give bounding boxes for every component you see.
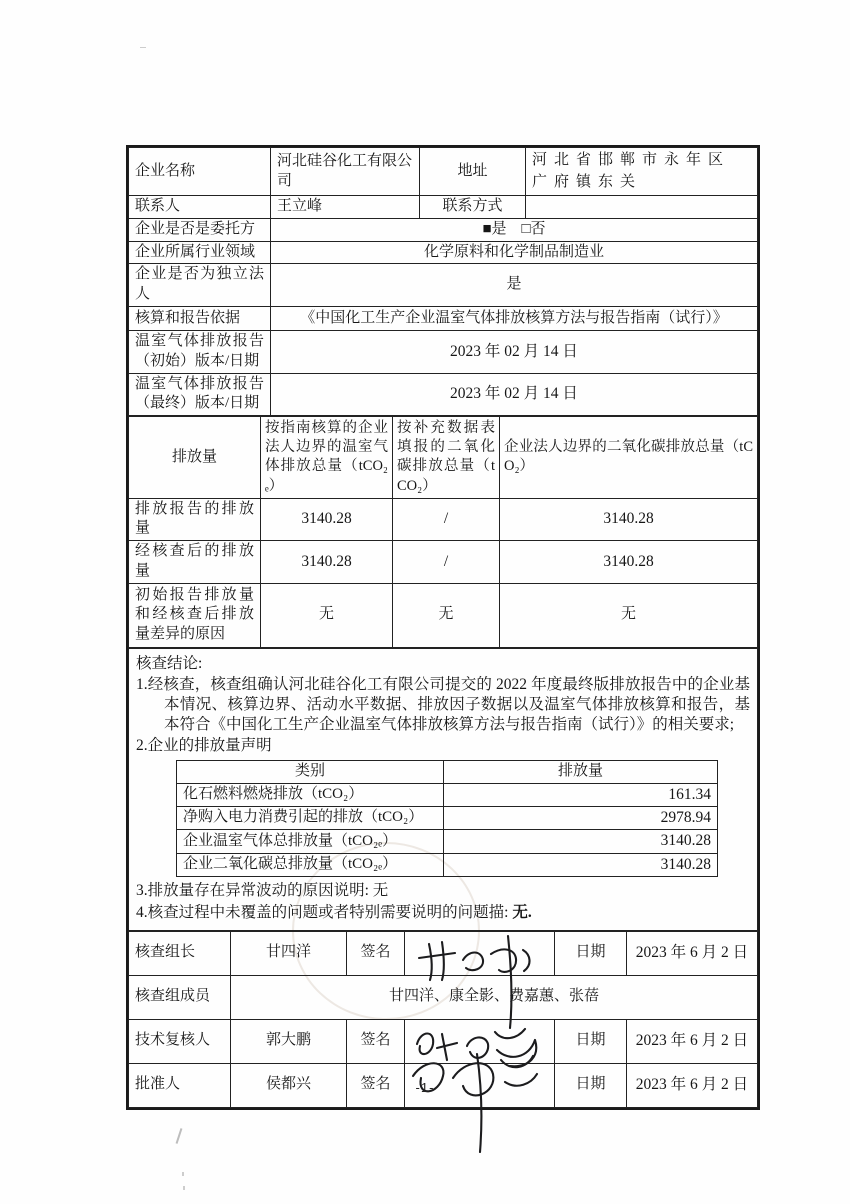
address-value: 河北省邯郸市永年区广府镇东关: [526, 148, 758, 196]
table-row: 温室气体排放报告（最终）版本/日期 2023 年 02 月 14 日: [129, 373, 758, 416]
table-row: 温室气体排放报告（初始）版本/日期 2023 年 02 月 14 日: [129, 330, 758, 373]
difference-reason-v2: 无: [393, 583, 500, 647]
page-number: -1-: [0, 1080, 850, 1095]
team-leader-signature: [405, 931, 555, 975]
initial-report-date: 2023 年 02 月 14 日: [271, 330, 758, 373]
is-client-label: 企业是否是委托方: [129, 218, 271, 241]
team-leader-label: 核查组长: [129, 931, 231, 975]
statement-amount: 161.34: [444, 783, 718, 806]
reported-emission-v3: 3140.28: [500, 498, 758, 541]
table-row: 核查组长 甘四洋 签名 日期 2023 年 6 月 2 日: [129, 931, 758, 975]
table-row: 排放报告的排放量 3140.28 / 3140.28: [129, 498, 758, 541]
sign-label: 签名: [347, 1019, 405, 1063]
team-members-label: 核查组成员: [129, 975, 231, 1019]
scan-speck: [183, 1186, 185, 1190]
handwritten-signature-approver: [405, 1048, 555, 1158]
emission-col3-header: 企业法人边界的二氧化碳排放总量（tCO₂）: [500, 417, 758, 499]
verified-emission-v2: /: [393, 541, 500, 584]
technical-reviewer-date: 2023 年 6 月 2 日: [627, 1019, 758, 1063]
technical-reviewer-label: 技术复核人: [129, 1019, 231, 1063]
table-row: 初始报告排放量和经核查后排放量差异的原因 无 无 无: [129, 583, 758, 647]
conclusion-item4: 4.核查过程中未覆盖的问题或者特别需要说明的问题描: 无.: [136, 903, 750, 923]
emission-col1-header: 按指南核算的企业法人边界的温室气体排放总量（tCO₂ₑ）: [261, 417, 393, 499]
conclusion-item2: 2.企业的排放量声明: [136, 736, 750, 756]
table-row: 企业温室气体总排放量（tCO₂ₑ） 3140.28: [177, 830, 718, 853]
team-leader-name: 甘四洋: [231, 931, 347, 975]
final-report-label: 温室气体排放报告（最终）版本/日期: [129, 373, 271, 416]
conclusion-item4-text: 4.核查过程中未覆盖的问题或者特别需要说明的问题描:: [136, 904, 512, 921]
address-label: 地址: [420, 148, 526, 196]
difference-reason-v3: 无: [500, 583, 758, 647]
statement-amount-header: 排放量: [444, 760, 718, 783]
industry-value: 化学原料和化学制品制造业: [271, 241, 758, 264]
company-name-value: 河北硅谷化工有限公司: [271, 148, 420, 196]
table-row: 联系人 王立峰 联系方式: [129, 196, 758, 219]
independent-entity-label: 企业是否为独立法人: [129, 264, 271, 307]
statement-category-header: 类别: [177, 760, 444, 783]
table-row: 企业是否为独立法人 是: [129, 264, 758, 307]
date-label: 日期: [555, 931, 627, 975]
scan-speck: [182, 1172, 184, 1176]
difference-reason-v1: 无: [261, 583, 393, 647]
statement-category: 净购入电力消费引起的排放（tCO₂）: [177, 807, 444, 830]
statement-amount: 3140.28: [444, 853, 718, 876]
emission-summary-table: 排放量 按指南核算的企业法人边界的温室气体排放总量（tCO₂ₑ） 按补充数据表填…: [128, 416, 758, 648]
contact-method-value: [526, 196, 758, 219]
contact-person-label: 联系人: [129, 196, 271, 219]
verified-emission-label: 经核查后的排放量: [129, 541, 261, 584]
scan-speck: [176, 1128, 183, 1144]
reporting-basis-label: 核算和报告依据: [129, 306, 271, 330]
independent-entity-value: 是: [271, 264, 758, 307]
company-name-label: 企业名称: [129, 148, 271, 196]
verification-conclusion-section: 核查结论: 1.经核查，核查组确认河北硅谷化工有限公司提交的 2022 年度最终…: [128, 648, 758, 931]
initial-report-label: 温室气体排放报告（初始）版本/日期: [129, 330, 271, 373]
statement-amount: 2978.94: [444, 807, 718, 830]
final-report-date: 2023 年 02 月 14 日: [271, 373, 758, 416]
reported-emission-v2: /: [393, 498, 500, 541]
emission-corner-label: 排放量: [129, 417, 261, 499]
statement-category: 化石燃料燃烧排放（tCO₂）: [177, 783, 444, 806]
table-row: 类别 排放量: [177, 760, 718, 783]
emission-col2-header: 按补充数据表填报的二氧化碳排放总量（tCO₂）: [393, 417, 500, 499]
table-row: 排放量 按指南核算的企业法人边界的温室气体排放总量（tCO₂ₑ） 按补充数据表填…: [129, 417, 758, 499]
table-row: 企业名称 河北硅谷化工有限公司 地址 河北省邯郸市永年区广府镇东关: [129, 148, 758, 196]
table-row: 企业所属行业领域 化学原料和化学制品制造业: [129, 241, 758, 264]
difference-reason-label: 初始报告排放量和经核查后排放量差异的原因: [129, 583, 261, 647]
date-label: 日期: [555, 1019, 627, 1063]
statement-category: 企业温室气体总排放量（tCO₂ₑ）: [177, 830, 444, 853]
statement-amount: 3140.28: [444, 830, 718, 853]
table-row: 化石燃料燃烧排放（tCO₂） 161.34: [177, 783, 718, 806]
sign-label: 签名: [347, 931, 405, 975]
contact-person-value: 王立峰: [271, 196, 420, 219]
contact-method-label: 联系方式: [420, 196, 526, 219]
basic-info-table: 企业名称 河北硅谷化工有限公司 地址 河北省邯郸市永年区广府镇东关 联系人 王立…: [128, 147, 758, 416]
conclusion-item1: 1.经核查，核查组确认河北硅谷化工有限公司提交的 2022 年度最终版排放报告中…: [136, 675, 750, 735]
reported-emission-v1: 3140.28: [261, 498, 393, 541]
conclusion-item4-answer: 无.: [512, 904, 531, 921]
is-client-value: ■是 □否: [271, 218, 758, 241]
scan-speck: [140, 47, 146, 48]
table-row: 经核查后的排放量 3140.28 / 3140.28: [129, 541, 758, 584]
reported-emission-label: 排放报告的排放量: [129, 498, 261, 541]
conclusion-item3: 3.排放量存在异常波动的原因说明: 无: [136, 881, 750, 901]
table-row: 企业二氧化碳总排放量（tCO₂ₑ） 3140.28: [177, 853, 718, 876]
verification-report-table: 企业名称 河北硅谷化工有限公司 地址 河北省邯郸市永年区广府镇东关 联系人 王立…: [126, 145, 760, 1110]
table-row: 核算和报告依据 《中国化工生产企业温室气体排放核算方法与报告指南（试行）》: [129, 306, 758, 330]
verified-emission-v1: 3140.28: [261, 541, 393, 584]
emission-statement-table: 类别 排放量 化石燃料燃烧排放（tCO₂） 161.34 净购入电力消费引起的排…: [176, 760, 718, 878]
conclusion-title: 核查结论:: [136, 654, 750, 674]
statement-category: 企业二氧化碳总排放量（tCO₂ₑ）: [177, 853, 444, 876]
table-row: 企业是否是委托方 ■是 □否: [129, 218, 758, 241]
technical-reviewer-name: 郭大鹏: [231, 1019, 347, 1063]
team-leader-date: 2023 年 6 月 2 日: [627, 931, 758, 975]
table-row: 净购入电力消费引起的排放（tCO₂） 2978.94: [177, 807, 718, 830]
reporting-basis-value: 《中国化工生产企业温室气体排放核算方法与报告指南（试行）》: [271, 306, 758, 330]
industry-label: 企业所属行业领域: [129, 241, 271, 264]
verified-emission-v3: 3140.28: [500, 541, 758, 584]
